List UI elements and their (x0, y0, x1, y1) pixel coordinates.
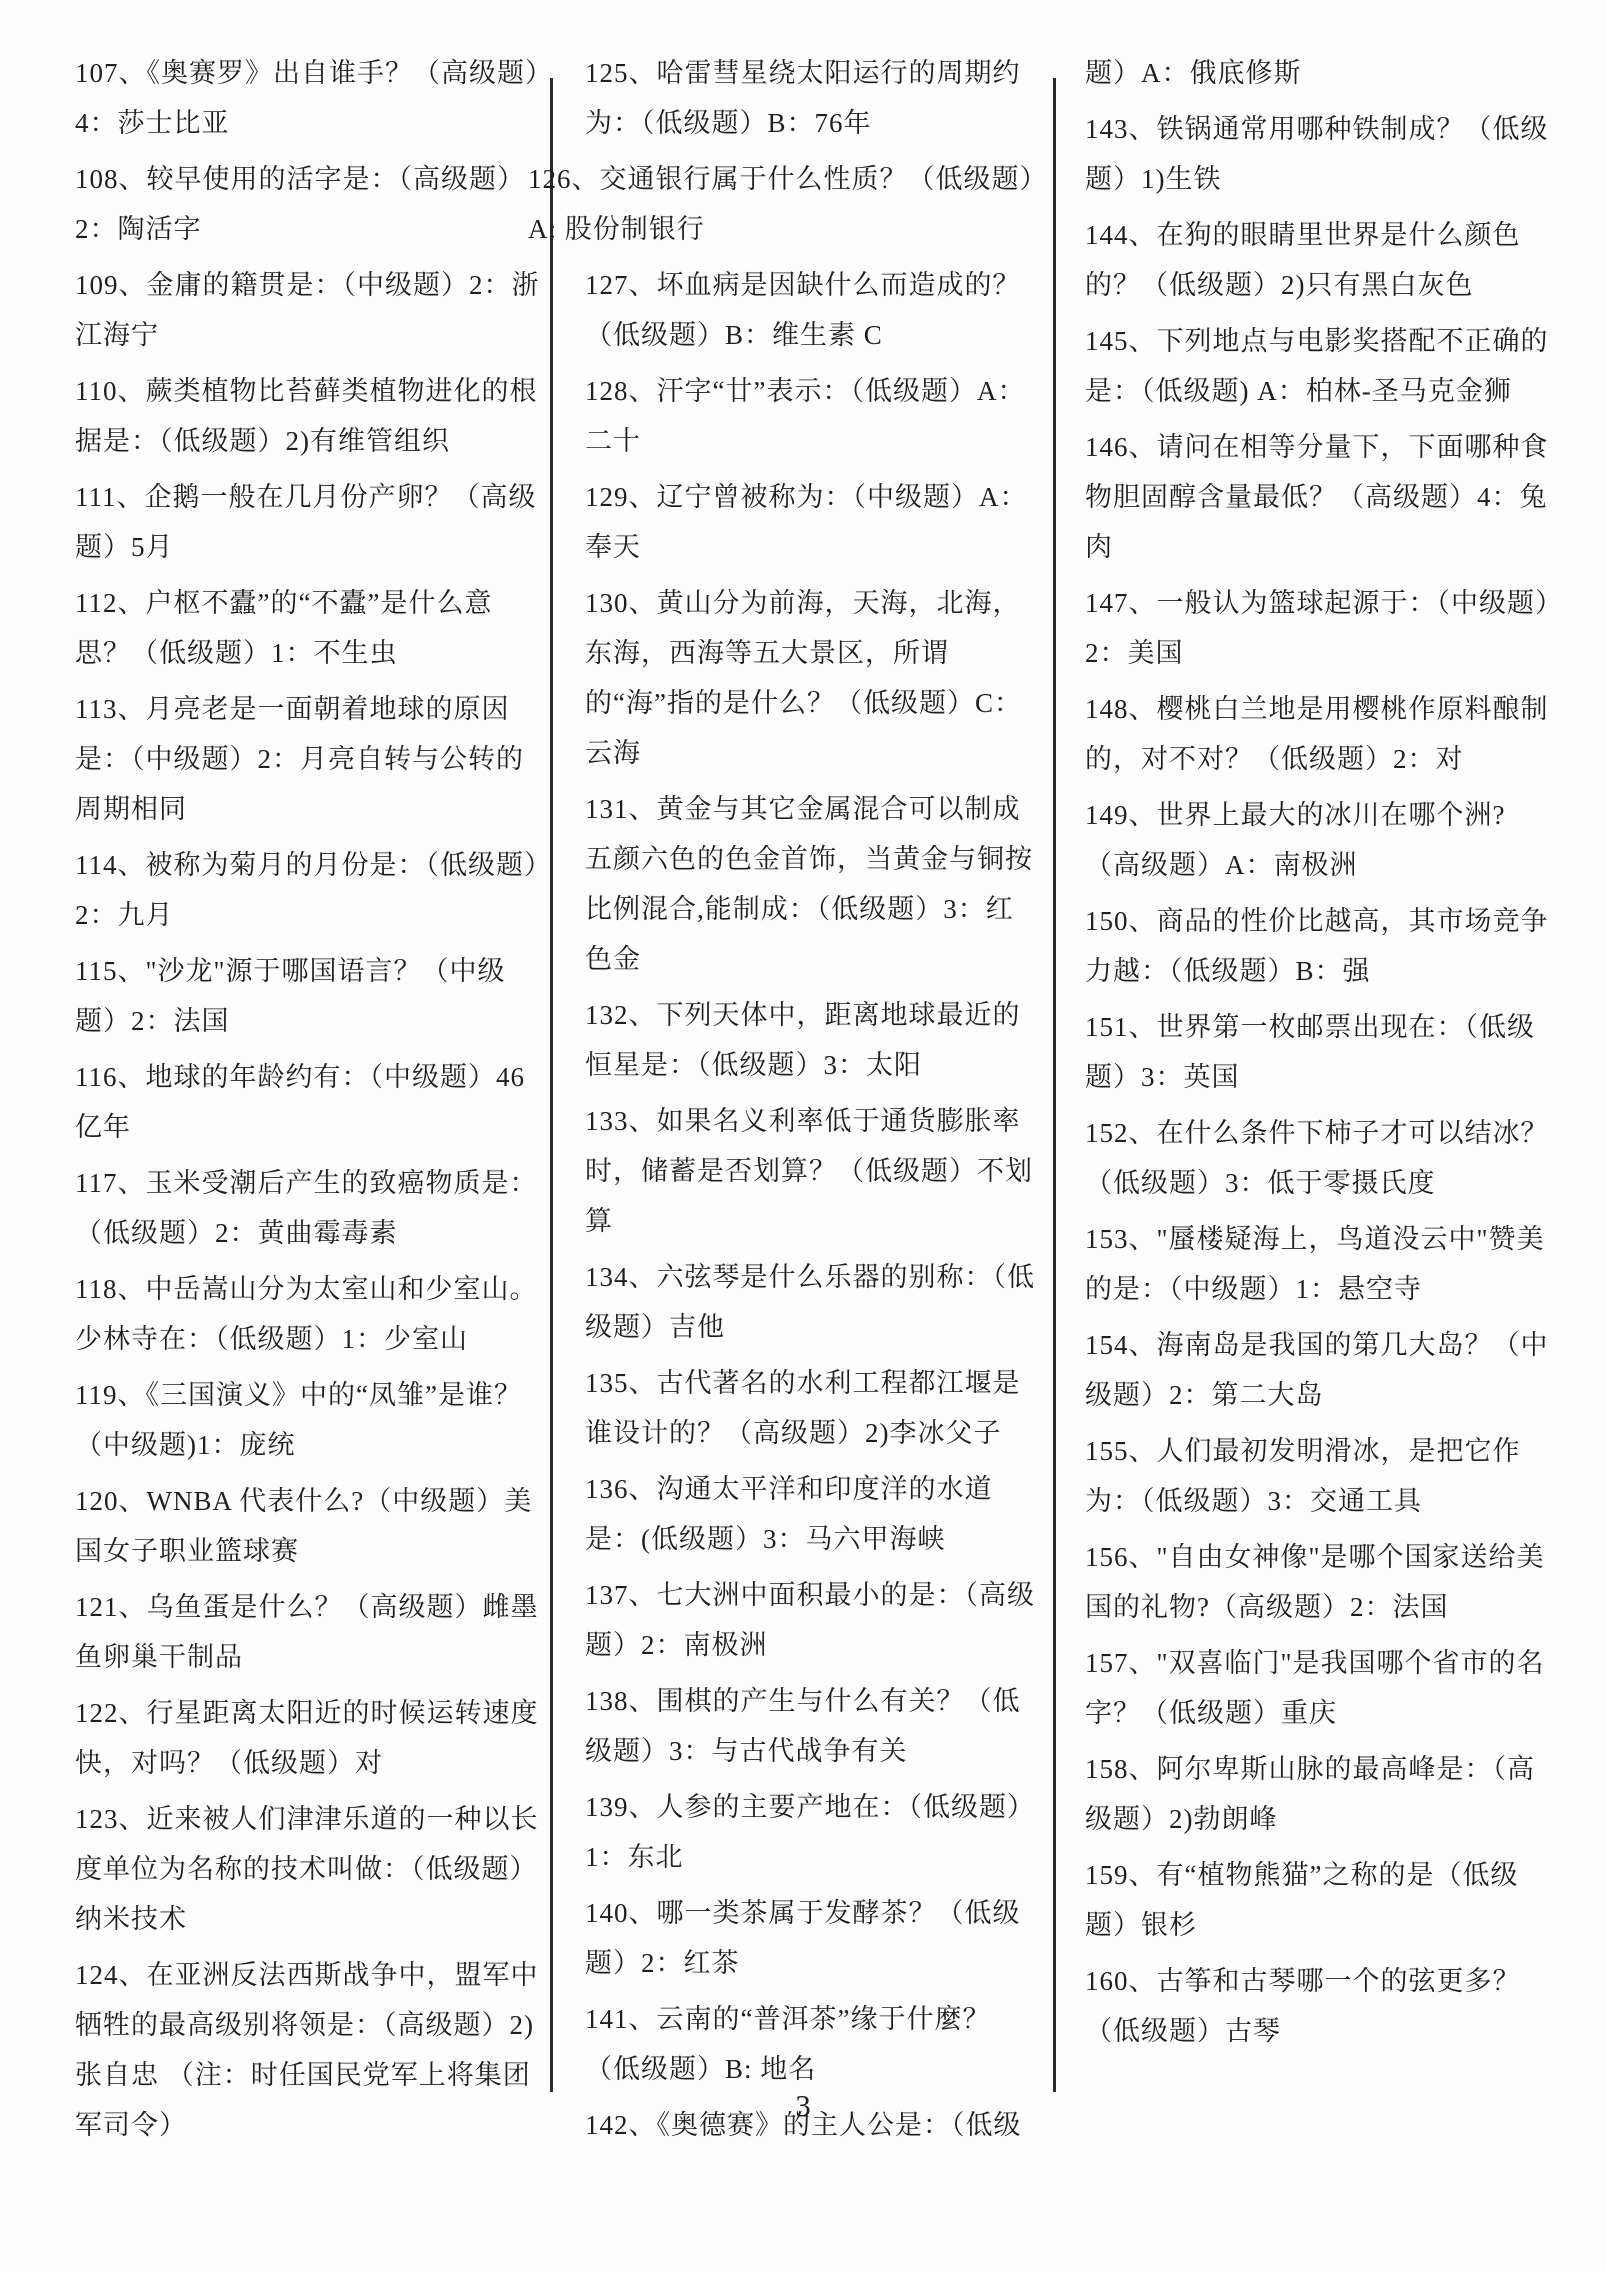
question: 153、"蜃楼疑海上，鸟道没云中"赞美的是：（中级题）1：悬空寺 (1085, 1214, 1557, 1314)
question: 127、坏血病是因缺什么而造成的？（低级题）B：维生素 C (585, 260, 1037, 360)
question: 144、在狗的眼睛里世界是什么颜色的？（低级题）2)只有黑白灰色 (1085, 210, 1557, 310)
question: 128、汗字“廿”表示：（低级题）A：二十 (585, 366, 1037, 466)
question: 154、海南岛是我国的第几大岛？（中级题）2：第二大岛 (1085, 1320, 1557, 1420)
question: 115、"沙龙"源于哪国语言？（中级题）2：法国 (75, 946, 543, 1046)
question: 150、商品的性价比越高，其市场竞争力越：（低级题）B：强 (1085, 896, 1557, 996)
question: 148、樱桃白兰地是用樱桃作原料酿制的，对不对？（低级题）2：对 (1085, 684, 1557, 784)
question: 135、古代著名的水利工程都江堰是谁设计的？（高级题）2)李冰父子 (585, 1358, 1037, 1458)
question: 160、古筝和古琴哪一个的弦更多？（低级题）古琴 (1085, 1956, 1557, 2056)
question: 149、世界上最大的冰川在哪个洲?（高级题）A：南极洲 (1085, 790, 1557, 890)
question: 140、哪一类茶属于发酵茶？（低级题）2：红茶 (585, 1888, 1037, 1988)
question: 147、一般认为篮球起源于：（中级题）2：美国 (1085, 578, 1557, 678)
question: 152、在什么条件下柿子才可以结冰？（低级题）3：低于零摄氏度 (1085, 1108, 1557, 1208)
question: 134、六弦琴是什么乐器的别称：（低级题）吉他 (585, 1252, 1037, 1352)
question: 159、有“植物熊猫”之称的是（低级题）银杉 (1085, 1850, 1557, 1950)
question-column-1: 107、《奥赛罗》出自谁手？（高级题）4：莎士比亚108、较早使用的活字是：（高… (75, 48, 543, 2156)
question: 122、行星距离太阳近的时候运转速度快，对吗？（低级题）对 (75, 1688, 543, 1788)
question-column-2: 125、哈雷彗星绕太阳运行的周期约为：（低级题）B：76年126、交通银行属于什… (585, 48, 1037, 2156)
page-number: 3 (0, 2088, 1606, 2124)
question: 题）A：俄底修斯 (1085, 48, 1557, 98)
question: 116、地球的年龄约有：（中级题）46亿年 (75, 1052, 543, 1152)
question: 132、下列天体中，距离地球最近的恒星是：（低级题）3：太阳 (585, 990, 1037, 1090)
question: 131、黄金与其它金属混合可以制成五颜六色的色金首饰，当黄金与铜按比例混合,能制… (585, 784, 1037, 984)
question: 113、月亮老是一面朝着地球的原因是：（中级题）2：月亮自转与公转的周期相同 (75, 684, 543, 834)
column-divider-right (1053, 78, 1056, 2092)
question: 158、阿尔卑斯山脉的最高峰是：（高级题）2)勃朗峰 (1085, 1744, 1557, 1844)
question: 114、被称为菊月的月份是：（低级题）2：九月 (75, 840, 543, 940)
question: 143、铁锅通常用哪种铁制成？（低级题）1)生铁 (1085, 104, 1557, 204)
question: 141、云南的“普洱茶”缘于什麼？（低级题）B: 地名 (585, 1994, 1037, 2094)
question: 145、下列地点与电影奖搭配不正确的是：（低级题) A：柏林-圣马克金狮 (1085, 316, 1557, 416)
question-column-3: 题）A：俄底修斯143、铁锅通常用哪种铁制成？（低级题）1)生铁144、在狗的眼… (1085, 48, 1557, 2062)
question: 157、"双喜临门"是我国哪个省市的名字？（低级题）重庆 (1085, 1638, 1557, 1738)
question: 110、蕨类植物比苔藓类植物进化的根据是：（低级题）2)有维管组织 (75, 366, 543, 466)
question: 121、乌鱼蛋是什么？（高级题）雌墨鱼卵巢干制品 (75, 1582, 543, 1682)
question: 108、较早使用的活字是：（高级题）2：陶活字 (75, 154, 543, 254)
question: 109、金庸的籍贯是：（中级题）2：浙江海宁 (75, 260, 543, 360)
question: 155、人们最初发明滑冰，是把它作为：（低级题）3：交通工具 (1085, 1426, 1557, 1526)
question: 138、围棋的产生与什么有关？（低级题）3：与古代战争有关 (585, 1676, 1037, 1776)
column-divider-left (550, 78, 553, 2092)
question: 123、近来被人们津津乐道的一种以长度单位为名称的技术叫做：（低级题）纳米技术 (75, 1794, 543, 1944)
question: 146、请问在相等分量下，下面哪种食物胆固醇含量最低？（高级题）4：兔肉 (1085, 422, 1557, 572)
document-page: 107、《奥赛罗》出自谁手？（高级题）4：莎士比亚108、较早使用的活字是：（高… (0, 0, 1606, 2271)
question: 137、七大洲中面积最小的是：（高级题）2：南极洲 (585, 1570, 1037, 1670)
question: 120、WNBA 代表什么?（中级题）美国女子职业篮球赛 (75, 1476, 543, 1576)
question: 125、哈雷彗星绕太阳运行的周期约为：（低级题）B：76年 (585, 48, 1037, 148)
question: 129、辽宁曾被称为：（中级题）A：奉天 (585, 472, 1037, 572)
question: 126、交通银行属于什么性质？（低级题）A: 股份制银行 (528, 154, 1037, 254)
question: 133、如果名义利率低于通货膨胀率时，储蓄是否划算？（低级题）不划算 (585, 1096, 1037, 1246)
question: 111、企鹅一般在几月份产卵？（高级题）5月 (75, 472, 543, 572)
question: 107、《奥赛罗》出自谁手？（高级题）4：莎士比亚 (75, 48, 543, 148)
question: 151、世界第一枚邮票出现在：（低级题）3：英国 (1085, 1002, 1557, 1102)
question: 130、黄山分为前海，天海，北海，东海，西海等五大景区，所谓的“海”指的是什么？… (585, 578, 1037, 778)
question: 139、人参的主要产地在：（低级题）1：东北 (585, 1782, 1037, 1882)
question: 136、沟通太平洋和印度洋的水道是：(低级题）3：马六甲海峡 (585, 1464, 1037, 1564)
question: 119、《三国演义》中的“凤雏”是谁？（中级题)1：庞统 (75, 1370, 543, 1470)
question: 117、玉米受潮后产生的致癌物质是：（低级题）2：黄曲霉毒素 (75, 1158, 543, 1258)
question: 156、"自由女神像"是哪个国家送给美国的礼物?（高级题）2：法国 (1085, 1532, 1557, 1632)
question: 118、中岳嵩山分为太室山和少室山。少林寺在：（低级题）1：少室山 (75, 1264, 543, 1364)
question: 112、户枢不蠹”的“不蠹”是什么意思？（低级题）1：不生虫 (75, 578, 543, 678)
